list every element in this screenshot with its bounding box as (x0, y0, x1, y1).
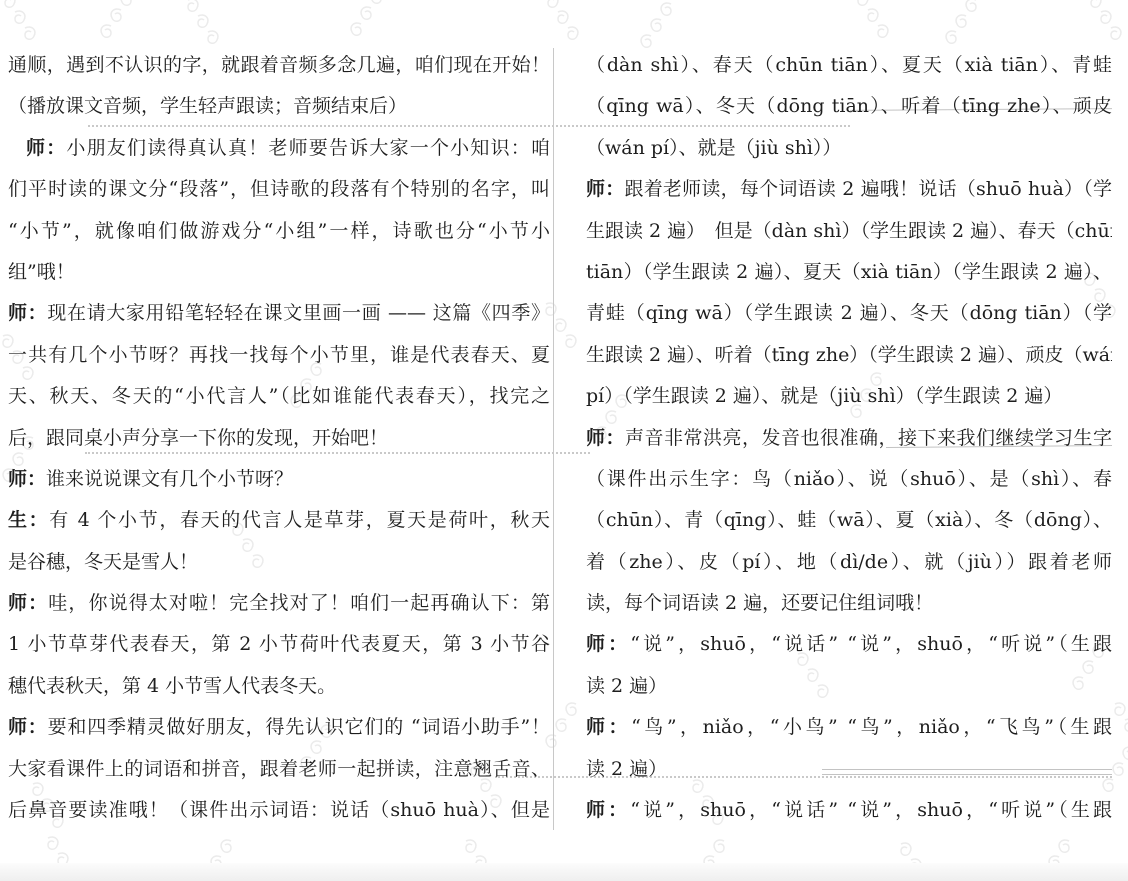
text-line: 师：现在请大家用铅笔轻轻在课文里画一画 —— 这篇《四季》 (8, 293, 550, 334)
text-line: 1 小节草芽代表春天，第 2 小节荷叶代表夏天，第 3 小节谷 (8, 624, 550, 665)
squiggle-ornament (100, 0, 134, 38)
text-line: 青蛙（qīng wā）（学生跟读 2 遍）、冬天（dōng tiān）（学 (586, 293, 1112, 334)
text-line: （dàn shì）、春天（chūn tiān）、夏天（xià tiān）、青蛙 (586, 45, 1112, 86)
speaker-label: 师： (586, 178, 624, 200)
squiggle-ornament (545, 698, 579, 748)
text-line: （播放课文音频，学生轻声跟读；音频结束后） (8, 86, 550, 127)
text-line: 师：小朋友们读得真认真！老师要告诉大家一个小知识：咱 (8, 128, 550, 169)
text-line: 师：声音非常洪亮，发音也很准确，接下来我们继续学习生字 (586, 418, 1112, 459)
speaker-label: 师： (586, 427, 625, 449)
text-line: （课件出示生字：鸟（niǎo）、说（shuō）、是（shì）、春 (586, 459, 1112, 500)
speaker-label: 师： (8, 302, 47, 324)
speaker-label: 生： (8, 509, 49, 531)
text-line: 天、秋天、冬天的“小代言人”（比如谁能代表春天），找完之 (8, 376, 550, 417)
text-line: （chūn）、青（qīng）、蛙（wā）、夏（xià）、冬（dōng）、 (586, 500, 1112, 541)
text-line: 生：有 4 个小节，春天的代言人是草芽，夏天是荷叶，秋天 (8, 500, 550, 541)
text-line: 生跟读 2 遍） 但是（dàn shì）（学生跟读 2 遍）、春天（chūn (586, 211, 1112, 252)
text-line: tiān）（学生跟读 2 遍）、夏天（xià tiān）（学生跟读 2 遍）、 (586, 252, 1112, 293)
right-text-column: （dàn shì）、春天（chūn tiān）、夏天（xià tiān）、青蛙（… (586, 45, 1112, 831)
text-line: 是谷穗，冬天是雪人！ (8, 542, 550, 583)
text-line: （qīng wā）、冬天（dōng tiān）、听着（tīng zhe）、顽皮 (586, 86, 1112, 127)
speaker-label: 师： (586, 633, 630, 655)
squiggle-ornament (350, 0, 384, 36)
speaker-label: 师： (586, 716, 631, 738)
squiggle-ornament (545, 0, 579, 40)
speaker-label: 师： (26, 137, 66, 159)
text-line: 组”哦！ (8, 252, 550, 293)
text-line: 着（zhe）、皮（pí）、地（dì/de）、就（jiù））跟着老师 (586, 542, 1112, 583)
bottom-page-edge (0, 863, 1128, 881)
squiggle-ornament (185, 0, 219, 44)
speaker-label: 师： (8, 716, 48, 738)
squiggle-ornament (1112, 698, 1128, 748)
text-line: 生跟读 2 遍）、听着（tīng zhe）（学生跟读 2 遍）、顽皮（wán (586, 335, 1112, 376)
text-line: 师：“说”，shuō，“说话” “说”，shuō，“听说”（生跟 (586, 790, 1112, 831)
text-line: 师：要和四季精灵做好朋友，得先认识它们的 “词语小助手”！ (8, 707, 550, 748)
text-line: 后鼻音要读准哦！（课件出示词语：说话（shuō huà）、但是 (8, 790, 550, 831)
text-line: 一共有几个小节呀？再找一找每个小节里，谁是代表春天、夏 (8, 335, 550, 376)
column-divider-line (553, 48, 554, 830)
text-line: 师：跟着老师读，每个词语读 2 遍哦！说话（shuō huà）（学 (586, 169, 1112, 210)
text-line: pí）（学生跟读 2 遍）、就是（jiù shì）（学生跟读 2 遍） (586, 376, 1112, 417)
text-line: 师：“说”，shuō，“说话” “说”，shuō，“听说”（生跟 (586, 624, 1112, 665)
text-line: 们平时读的课文分“段落”，但诗歌的段落有个特别的名字，叫 (8, 169, 550, 210)
speaker-label: 师： (586, 799, 630, 821)
text-line: 后，跟同桌小声分享一下你的发现，开始吧！ (8, 418, 550, 459)
document-page: 通顺，遇到不认识的字，就跟着音频多念几遍，咱们现在开始！（播放课文音频，学生轻声… (0, 0, 1128, 881)
text-line: （wán pí）、就是（jiù shì）） (586, 128, 1112, 169)
speaker-label: 师： (8, 468, 46, 490)
text-line: 大家看课件上的词语和拼音，跟着老师一起拼读，注意翘舌音、 (8, 749, 550, 790)
speaker-label: 师： (8, 592, 48, 614)
text-line: “小节”，就像咱们做游戏分“小组”一样，诗歌也分“小节小 (8, 211, 550, 252)
text-line: 读 2 遍） (586, 666, 1112, 707)
text-line: 师：谁来说说课文有几个小节呀？ (8, 459, 550, 500)
text-line: 师：“鸟”，niǎo，“小鸟” “鸟”，niǎo，“飞鸟”（生跟 (586, 707, 1112, 748)
squiggle-ornament (2, 0, 36, 40)
text-line: 通顺，遇到不认识的字，就跟着音频多念几遍，咱们现在开始！ (8, 45, 550, 86)
squiggle-ornament (640, 0, 674, 48)
squiggle-ornament (945, 0, 979, 44)
text-line: 穗代表秋天，第 4 小节雪人代表冬天。 (8, 666, 550, 707)
squiggle-ornament (1088, 0, 1122, 40)
text-line: 读，每个词语读 2 遍，还要记住组词哦！ (586, 583, 1112, 624)
squiggle-ornament (855, 0, 889, 38)
text-line: 师：哇，你说得太对啦！完全找对了！咱们一起再确认下：第 (8, 583, 550, 624)
left-text-column: 通顺，遇到不认识的字，就跟着音频多念几遍，咱们现在开始！（播放课文音频，学生轻声… (8, 45, 550, 831)
text-line: 读 2 遍） (586, 749, 1112, 790)
